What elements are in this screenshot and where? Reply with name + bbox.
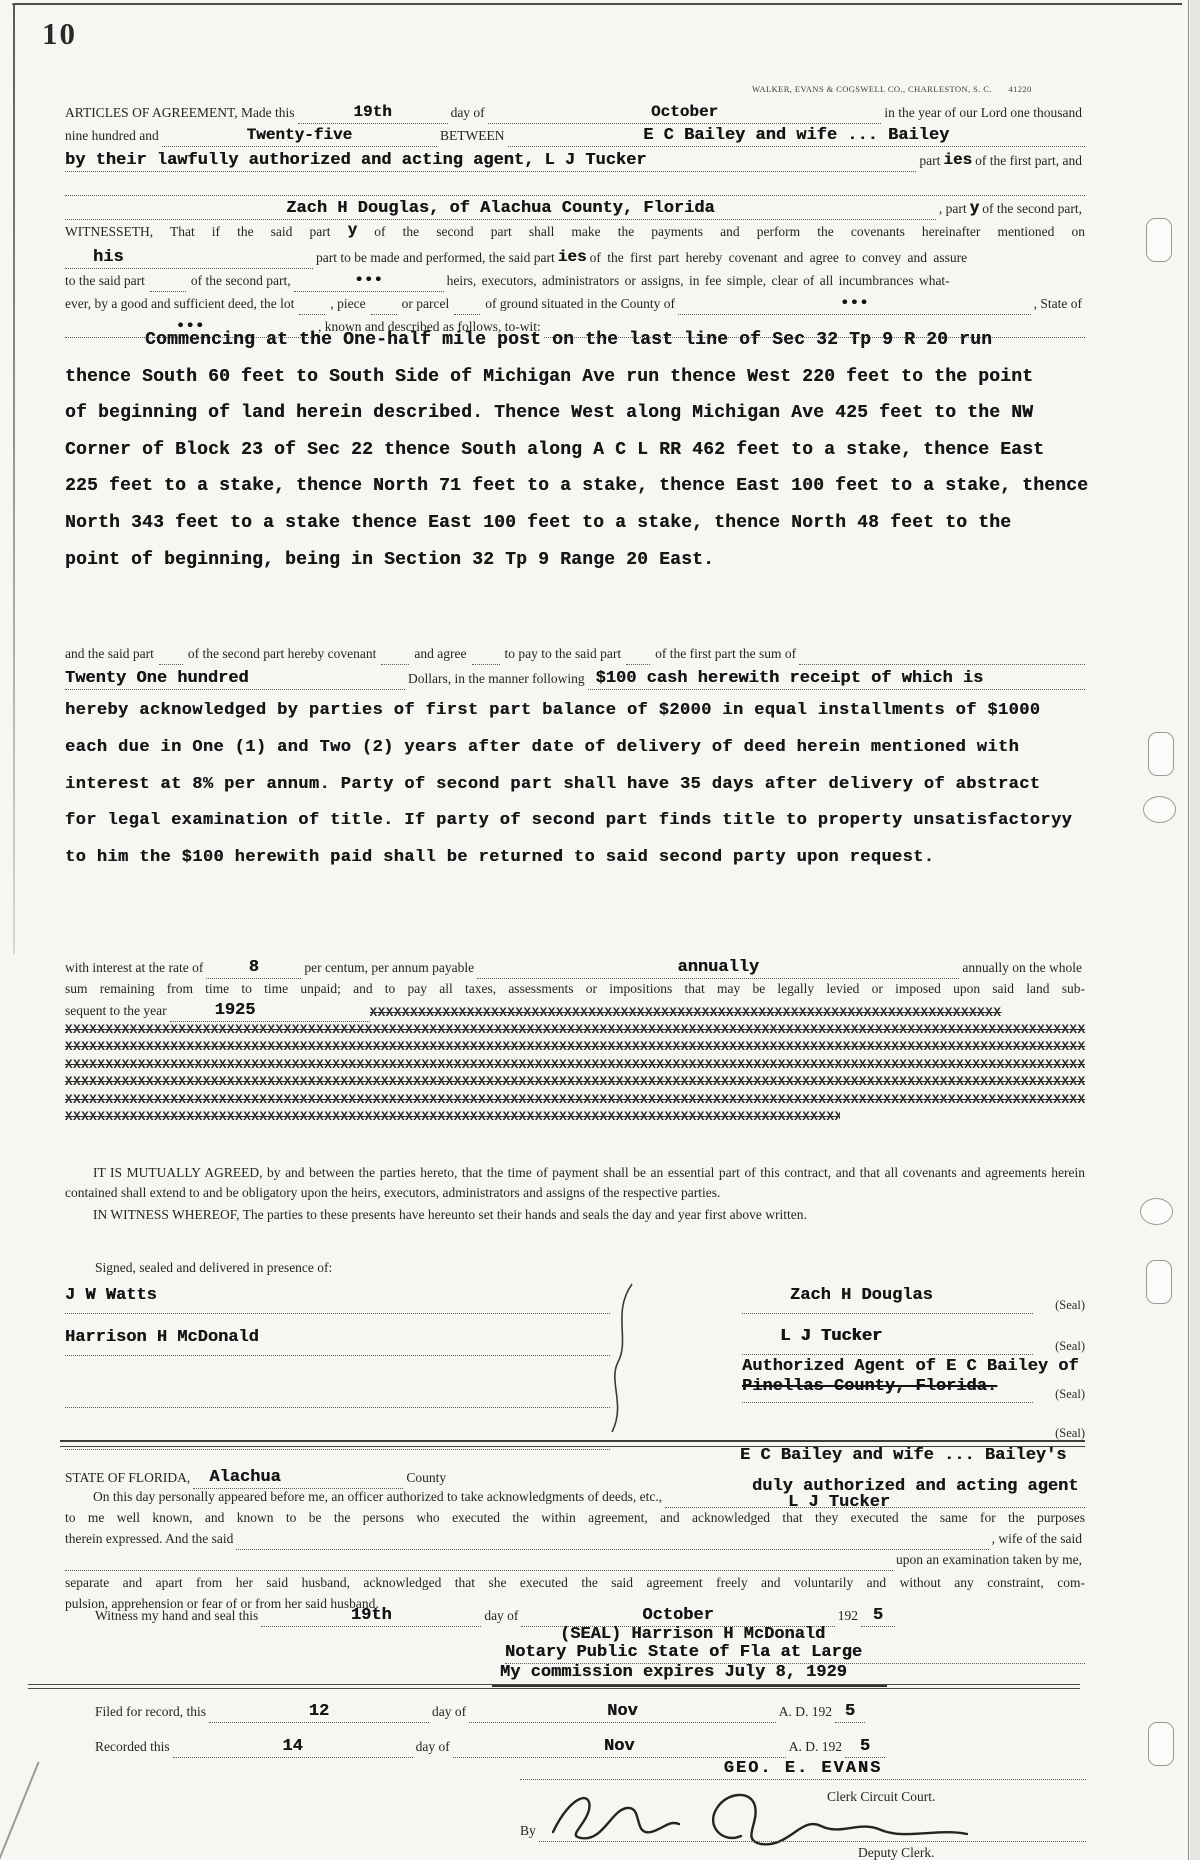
blank-heirs: ••• <box>294 272 444 292</box>
seal-label: (Seal) <box>1033 1339 1085 1355</box>
printed-text: ever, by a good and sufficient deed, the… <box>65 294 297 315</box>
signature-line <box>539 1822 1086 1842</box>
witness-signature-line <box>65 1382 610 1408</box>
blank-year-digit: 5 <box>845 1738 885 1758</box>
printed-text: sequent to the year <box>65 1001 170 1022</box>
printed-text: Dollars, in the manner following <box>405 669 588 690</box>
typed-entry: Zach H Douglas, of Alachua County, Flori… <box>286 199 714 218</box>
printed-text: part to be made and performed, the said … <box>313 248 558 269</box>
punch-hole <box>1140 1198 1173 1225</box>
form-line: and the said part of the second part her… <box>65 645 1085 665</box>
punch-hole <box>1146 1260 1172 1304</box>
printed-text: Recorded this <box>95 1737 173 1758</box>
printed-text: nine hundred and <box>65 126 162 147</box>
printed-text: , piece <box>327 294 368 315</box>
typed-entry: 1925 <box>170 1001 256 1020</box>
blank-amount: Twenty One hundred <box>65 670 405 690</box>
printer-name: WALKER, EVANS & COGSWELL CO., CHARLESTON… <box>752 84 992 94</box>
blank-day: 12 <box>209 1703 429 1723</box>
blank-his: his <box>65 249 313 269</box>
printed-text: 192 <box>835 1606 861 1627</box>
blank-day: 19th <box>261 1607 481 1627</box>
dotted-blank <box>472 651 500 665</box>
struck-text: XXXXXXXXXXXXXXXXXXXXXXXXXXXXXXXXXXXXXXXX… <box>65 1057 1085 1074</box>
form-line: WITNESSETH, That if the said part y of t… <box>65 222 1085 245</box>
by-line: By <box>520 1818 1086 1842</box>
page-edge-line <box>1188 0 1189 1860</box>
agent-note: Authorized Agent of E C Bailey of <box>742 1357 1085 1379</box>
dotted-blank <box>65 1551 893 1571</box>
typed-entry: 5 <box>873 1606 883 1625</box>
blank-county: Alachua <box>193 1469 403 1489</box>
form-line: by their lawfully authorized and acting … <box>65 147 1085 172</box>
payment-section: and the said part of the second part her… <box>65 645 1085 877</box>
clerk-name-line: GEO. E. EVANS <box>520 1756 1086 1780</box>
printed-text: of the first part hereby covenant and ag… <box>587 248 970 269</box>
typed-entry: Nov <box>607 1702 638 1721</box>
dotted-blank <box>381 651 409 665</box>
typed-entry: E C Bailey and wife ... Bailey <box>643 126 949 145</box>
printed-text: or parcel <box>399 294 453 315</box>
legal-description: Commencing at the One-half mile post on … <box>65 322 1095 578</box>
typed-entry: y <box>970 198 980 218</box>
typed-signature: J W Watts <box>65 1286 157 1305</box>
signature-row: L J Tucker (Seal) <box>742 1329 1085 1355</box>
typed-entry: Twenty-five <box>247 126 353 144</box>
signature-line: Zach H Douglas <box>742 1288 1033 1314</box>
filed-line: Filed for record, this 12 day of Nov A. … <box>95 1700 865 1723</box>
blank-day: 14 <box>173 1738 413 1758</box>
payment-line: for legal examination of title. If party… <box>65 803 1085 840</box>
seal-label: (Seal) <box>1033 1387 1085 1403</box>
typed-overlay: L J Tucker <box>788 1493 890 1512</box>
punch-hole <box>1146 218 1172 262</box>
printed-text: BETWEEN <box>437 126 507 147</box>
blank-year: 1925 <box>170 1002 370 1022</box>
intro-section: ARTICLES OF AGREEMENT, Made this 19th da… <box>65 101 1085 338</box>
struck-text: XXXXXXXXXXXXXXXXXXXXXXXXXXXXXXXXXXXXXXXX… <box>65 1092 1085 1109</box>
blank-month: Nov <box>453 1738 786 1758</box>
state-line: STATE OF FLORIDA, Alachua County <box>65 1467 505 1489</box>
dotted-blank <box>626 651 650 665</box>
typed-entry: 8 <box>249 958 259 977</box>
typed-entry: annually <box>677 958 759 977</box>
printed-text: heirs, executors, administrators or assi… <box>444 271 953 292</box>
dotted-blank <box>299 301 325 315</box>
form-line: sum remaining from time to time unpaid; … <box>65 979 1085 1001</box>
form-line: with interest at the rate of 8 per centu… <box>65 957 1085 979</box>
punch-hole <box>1148 732 1174 776</box>
blank-year-digit: 5 <box>861 1607 895 1627</box>
recorded-line: Recorded this 14 day of Nov A. D. 192 5 <box>95 1735 885 1758</box>
struck-text: XXXXXXXXXXXXXXXXXXXXXXXXXXXXXXXXXXXXXXXX… <box>65 1109 840 1126</box>
blank-line <box>65 176 1085 196</box>
blank-manner: $100 cash herewith receipt of which is <box>588 670 1085 690</box>
form-line: nine hundred and Twenty-five BETWEEN E C… <box>65 124 1085 147</box>
blank-year-digit: 5 <box>835 1703 865 1723</box>
printed-text: , State of <box>1031 294 1085 315</box>
clause-paragraph: IN WITNESS WHEREOF, The parties to these… <box>65 1205 1085 1225</box>
printed-text: of the first part, and <box>972 151 1085 172</box>
printed-text: day of <box>481 1606 521 1627</box>
printed-text: A. D. 192 <box>776 1702 835 1723</box>
printed-text: and the said part <box>65 644 157 665</box>
brace-mark <box>598 1282 644 1434</box>
witness-signature-line: J W Watts <box>65 1288 610 1314</box>
payment-line: to him the $100 herewith paid shall be r… <box>65 840 1085 877</box>
struck-text: XXXXXXXXXXXXXXXXXXXXXXXXXXXXXXXXXXXXXXXX… <box>65 1039 1085 1056</box>
signature-row: Zach H Douglas (Seal) <box>742 1288 1085 1314</box>
typed-entry: 19th <box>353 103 391 121</box>
printed-text: Witness my hand and seal this <box>95 1606 261 1627</box>
printed-text: , part <box>936 199 970 220</box>
printed-text: of ground situated in the County of <box>482 294 678 315</box>
typed-entry: ••• <box>354 271 383 289</box>
typed-entry: 5 <box>860 1737 870 1756</box>
typed-entry: 14 <box>282 1737 302 1756</box>
payment-line: each due in One (1) and Two (2) years af… <box>65 730 1085 767</box>
blank-county: ••• <box>678 295 1031 315</box>
struck-text: XXXXXXXXXXXXXXXXXXXXXXXXXXXXXXXXXXXXXXXX… <box>65 1074 1085 1091</box>
printed-text: ARTICLES OF AGREEMENT, Made this <box>65 103 298 124</box>
dotted-line: GEO. E. EVANS <box>520 1760 1086 1780</box>
scanned-deed-page: 10 WALKER, EVANS & COGSWELL CO., CHARLES… <box>0 0 1200 1860</box>
signature-line: Pinellas County, Florida. <box>742 1379 1033 1403</box>
description-line: thence South 60 feet to South Side of Mi… <box>65 359 1095 396</box>
typed-entry: Nov <box>604 1737 635 1756</box>
form-line: sequent to the year 1925 XXXXXXXXXXXXXXX… <box>65 1001 1085 1022</box>
printer-mark: WALKER, EVANS & COGSWELL CO., CHARLESTON… <box>752 84 1032 94</box>
struck-text: XXXXXXXXXXXXXXXXXXXXXXXXXXXXXXXXXXXXXXXX… <box>370 1005 1085 1022</box>
typed-entry: ies <box>558 247 587 267</box>
seal-label: (Seal) <box>1033 1298 1085 1314</box>
printed-text: and agree <box>411 644 469 665</box>
printed-text: , wife of the said <box>989 1529 1085 1550</box>
struck-text: XXXXXXXXXXXXXXXXXXXXXXXXXXXXXXXXXXXXXXXX… <box>65 1022 1085 1039</box>
form-line: upon an examination taken by me, <box>65 1550 1085 1571</box>
printed-text: County <box>403 1468 449 1489</box>
witness-signature-line: Harrison H McDonald <box>65 1330 610 1356</box>
dotted-blank <box>799 645 1085 665</box>
typed-signature: Harrison H McDonald <box>65 1328 259 1347</box>
witness-seal-line: Witness my hand and seal this 19th day o… <box>95 1604 895 1627</box>
printed-text: day of <box>448 103 488 124</box>
printed-text: upon an examination taken by me, <box>893 1550 1085 1571</box>
typed-entry: October <box>642 1606 713 1625</box>
signature-line: L J Tucker <box>742 1329 1033 1355</box>
printed-text: day of <box>429 1702 469 1723</box>
printed-text: On this day personally appeared before m… <box>65 1487 665 1508</box>
page-number: 10 <box>42 16 77 52</box>
payment-line: interest at 8% per annum. Party of secon… <box>65 767 1085 804</box>
form-line: therein expressed. And the said , wife o… <box>65 1529 1085 1550</box>
dotted-blank <box>236 1530 988 1550</box>
description-line: North 343 feet to a stake thence East 10… <box>65 505 1095 542</box>
printed-text: day of <box>413 1737 453 1758</box>
printed-text: to pay to the said part <box>502 644 625 665</box>
printed-text: with interest at the rate of <box>65 958 206 979</box>
typed-entry: October <box>651 103 718 121</box>
printed-text: of the second part hereby covenant <box>185 644 380 665</box>
page-left-edge <box>13 4 15 954</box>
mutual-clause: IT IS MUTUALLY AGREED, by and between th… <box>65 1163 1085 1225</box>
typed-entry: his <box>65 248 124 267</box>
form-line: ARTICLES OF AGREEMENT, Made this 19th da… <box>65 101 1085 124</box>
printed-text: STATE OF FLORIDA, <box>65 1468 193 1489</box>
dotted-blank <box>371 301 397 315</box>
signature-row: Pinellas County, Florida. (Seal) <box>742 1379 1085 1403</box>
form-line: to the said part of the second part, •••… <box>65 269 1085 292</box>
punch-hole <box>1148 1722 1174 1766</box>
typed-entry: by their lawfully authorized and acting … <box>65 151 647 170</box>
party-signatures: Zach H Douglas (Seal) L J Tucker (Seal) … <box>742 1288 1085 1442</box>
form-line: separate and apart from her said husband… <box>65 1573 1085 1594</box>
printed-text: A. D. 192 <box>786 1737 845 1758</box>
typed-signature: Pinellas County, Florida. <box>742 1377 997 1396</box>
blank-month: Nov <box>469 1703 776 1723</box>
dotted-blank <box>454 301 480 315</box>
interest-section: with interest at the rate of 8 per centu… <box>65 957 1085 1126</box>
form-line: Zach H Douglas, of Alachua County, Flori… <box>65 196 1085 220</box>
payment-line: hereby acknowledged by parties of first … <box>65 693 1085 730</box>
printed-text: WITNESSETH, That if the said part <box>65 224 331 239</box>
typed-entry: $100 cash herewith receipt of which is <box>588 669 984 688</box>
typed-entry: 12 <box>309 1702 329 1721</box>
blank-month: October <box>488 104 882 124</box>
form-line <box>65 178 1085 196</box>
printed-text: to the said part <box>65 271 148 292</box>
typed-entry: 19th <box>351 1606 392 1625</box>
typed-overlay: E C Bailey and wife ... Bailey's <box>740 1446 1066 1465</box>
blank-rate: 8 <box>206 959 301 979</box>
presence-heading: Signed, sealed and delivered in presence… <box>95 1258 332 1278</box>
printer-number: 41220 <box>1008 84 1031 94</box>
typed-entry: Notary Public State of Fla at Large <box>505 1643 862 1662</box>
typed-signature: Zach H Douglas <box>742 1286 933 1305</box>
punch-hole <box>1143 796 1176 823</box>
description-line: Commencing at the One-half mile post on … <box>65 322 1095 359</box>
printed-text: annually on the whole <box>959 958 1085 979</box>
description-line: Corner of Block 23 of Sec 22 thence Sout… <box>65 432 1095 469</box>
blank-agent: by their lawfully authorized and acting … <box>65 152 916 172</box>
blank-month: October <box>521 1607 834 1627</box>
form-line: his part to be made and performed, the s… <box>65 245 1085 269</box>
notary-title-line: Notary Public State of Fla at Large <box>505 1641 1085 1664</box>
typed-entry: 5 <box>845 1702 855 1721</box>
printed-text: in the year of our Lord one thousand <box>881 103 1085 124</box>
printed-text: of the second part shall make the paymen… <box>374 224 1085 239</box>
printed-text: of the first part the sum of <box>652 644 799 665</box>
form-line: to me well known, and known to be the pe… <box>65 1508 1085 1529</box>
clause-paragraph: IT IS MUTUALLY AGREED, by and between th… <box>65 1163 1085 1202</box>
blank-day: 19th <box>298 104 448 124</box>
deputy-clerk-title: Deputy Clerk. <box>858 1843 935 1860</box>
printed-text: therein expressed. And the said <box>65 1529 236 1550</box>
scan-artifact <box>0 1761 40 1859</box>
printed-text: part <box>916 151 943 172</box>
dotted-blank <box>159 651 183 665</box>
dotted-line: Notary Public State of Fla at Large <box>505 1644 1085 1664</box>
blank-year-words: Twenty-five <box>162 127 437 147</box>
printed-text: of the second part, <box>188 271 294 292</box>
page-edge-strip <box>1190 0 1200 1860</box>
blank-second-party: Zach H Douglas, of Alachua County, Flori… <box>65 200 936 220</box>
typed-entry: ies <box>943 150 972 170</box>
typed-signature: L J Tucker <box>742 1327 882 1346</box>
witness-signatures: J W Watts Harrison H McDonald <box>65 1288 610 1450</box>
printed-text: per centum, per annum payable <box>301 958 477 979</box>
printed-text: of the second part, <box>979 199 1085 220</box>
printed-text: Filed for record, this <box>95 1702 209 1723</box>
payment-typed-block: hereby acknowledged by parties of first … <box>65 693 1085 877</box>
description-line: of beginning of land herein described. T… <box>65 395 1095 432</box>
typed-entry: ••• <box>840 294 869 312</box>
dotted-blank <box>150 278 186 292</box>
blank-payable: annually <box>477 959 959 979</box>
typed-entry: GEO. E. EVANS <box>724 1759 883 1778</box>
description-line: 225 feet to a stake, thence North 71 fee… <box>65 468 1095 505</box>
page-top-edge <box>12 3 1182 5</box>
blank-first-party: E C Bailey and wife ... Bailey <box>508 127 1086 147</box>
form-line: Twenty One hundred Dollars, in the manne… <box>65 665 1085 690</box>
signature-line <box>742 1417 1033 1442</box>
printed-text: By <box>520 1821 539 1842</box>
typed-entry: Twenty One hundred <box>65 669 249 688</box>
notary-paragraphs: On this day personally appeared before m… <box>65 1488 1085 1614</box>
section-divider <box>28 1684 1080 1689</box>
form-line: ever, by a good and sufficient deed, the… <box>65 292 1085 315</box>
typed-entry: Alachua <box>193 1468 280 1487</box>
typed-entry: y <box>348 221 358 239</box>
signature-row: (Seal) <box>742 1417 1085 1442</box>
description-line: point of beginning, being in Section 32 … <box>65 542 1095 579</box>
